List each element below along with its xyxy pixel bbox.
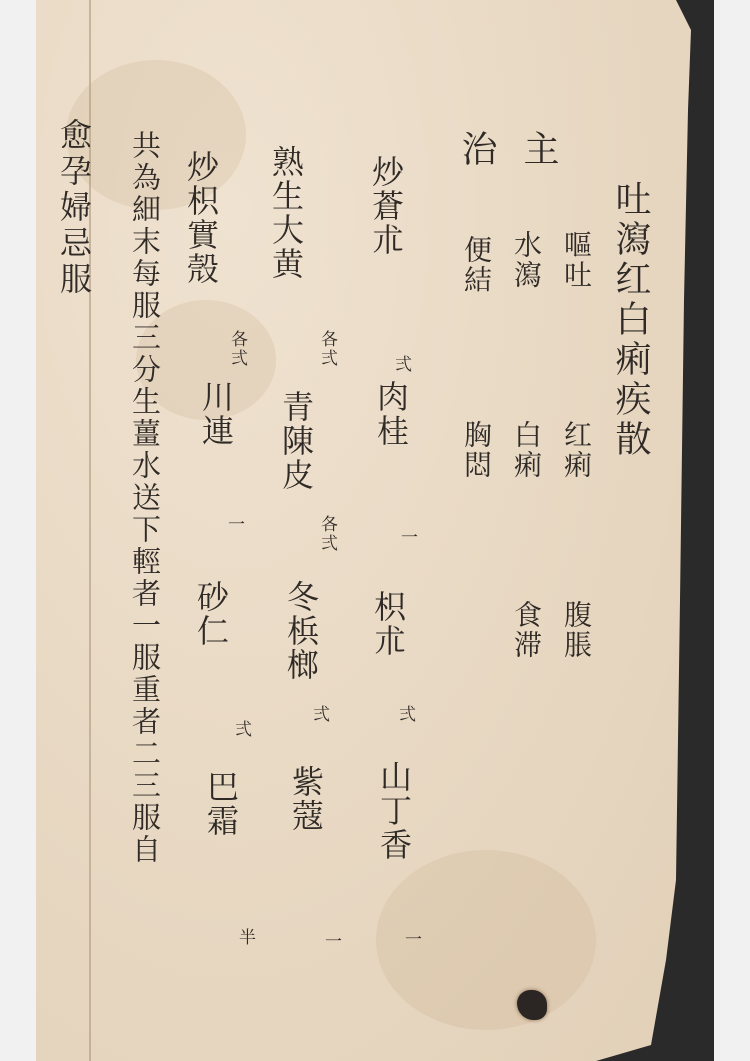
indication-item: 腹脹	[562, 600, 590, 660]
indication-item: 食滞	[512, 600, 540, 660]
indication-item: 便結	[462, 235, 490, 295]
ingredient-name: 川連	[200, 380, 232, 448]
ingredient-dose: 弍	[232, 720, 249, 739]
dosage-instructions: 共為細末每服三分生薑水送下輕者一服重者二三服自	[130, 130, 159, 866]
ingredient-name: 熟生大黄	[270, 145, 302, 281]
ingredient-dose: 一	[225, 515, 242, 534]
recipe-title: 吐瀉红白痢疾散	[612, 180, 648, 460]
ingredient-dose: 各弍	[318, 515, 335, 553]
ingredient-name: 炒蒼朮	[370, 155, 402, 257]
indication-item: 水瀉	[512, 230, 540, 290]
worm-hole	[517, 990, 547, 1020]
ingredient-dose: 弍	[392, 355, 409, 374]
ingredient-dose: 弍	[310, 705, 327, 724]
indication-item: 白痢	[512, 420, 540, 480]
indication-item: 嘔吐	[562, 230, 590, 290]
ingredient-dose: 一	[322, 932, 339, 951]
ingredient-name: 砂仁	[195, 580, 227, 648]
ingredient-dose: 一	[398, 528, 415, 547]
ingredient-dose: 各弍	[318, 330, 335, 368]
ingredient-dose: 半	[236, 928, 253, 947]
ingredient-name: 紫蔻	[290, 765, 322, 833]
indication-item: 红痢	[562, 420, 590, 480]
ingredient-name: 枳朮	[372, 590, 404, 658]
ingredient-dose: 各弍	[228, 330, 245, 368]
ingredient-dose: 一	[402, 930, 419, 949]
ingredient-name: 炒枳實殼	[185, 150, 217, 286]
indications-heading-part2: 治	[458, 130, 494, 168]
ingredient-name: 冬梹榔	[285, 580, 317, 682]
ingredient-name: 山丁香	[378, 760, 410, 862]
ingredient-dose: 弍	[396, 705, 413, 724]
instructions-continuation: 愈孕婦忌服	[58, 118, 90, 298]
ingredient-name: 肉桂	[375, 380, 407, 448]
ingredient-name: 青陳皮	[280, 390, 312, 492]
indications-heading-part1: 主	[520, 130, 556, 168]
indication-item: 胸悶	[462, 420, 490, 480]
ingredient-name: 巴霜	[205, 770, 237, 838]
